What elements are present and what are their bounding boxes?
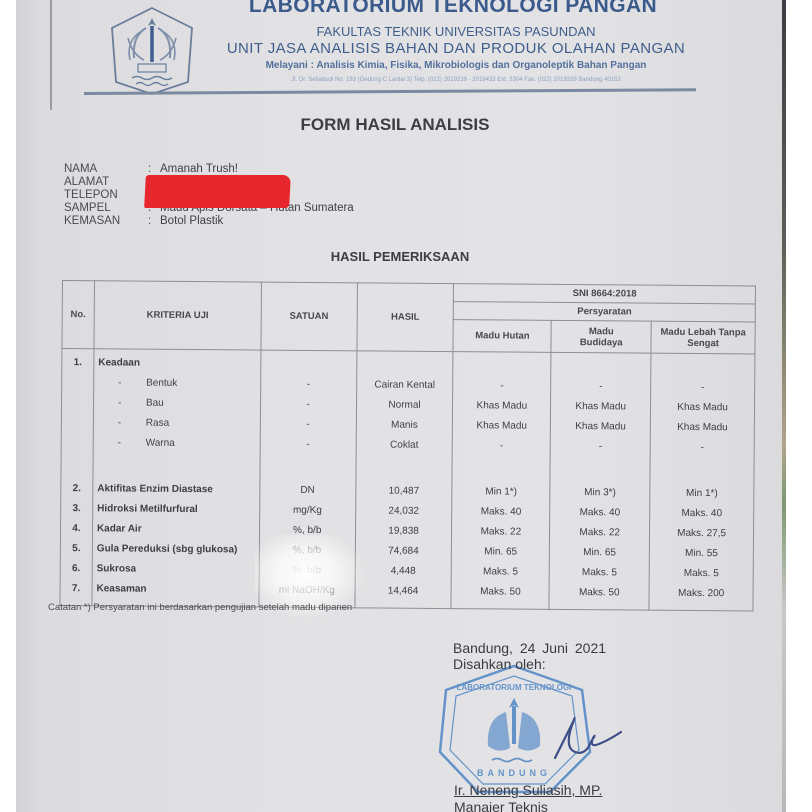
header-result: HASIL <box>357 283 454 352</box>
identity-value: Botol Plastik <box>160 215 223 228</box>
req-hutan-cell: Khas Madu <box>453 396 550 417</box>
svg-text:LABORATORIUM TEKNOLOGI: LABORATORIUM TEKNOLOGI <box>457 683 572 692</box>
req-budidaya-cell: Khas Madu <box>551 417 650 438</box>
req-tanpa-sengat-cell: Min 1*) <box>650 484 753 505</box>
req-hutan-cell: Maks. 5 <box>452 562 549 583</box>
result-cell: 4,448 <box>355 561 451 582</box>
req-budidaya-cell: Maks. 50 <box>550 583 649 604</box>
identity-label: TELEPON <box>64 189 144 202</box>
identity-label: ALAMAT <box>64 176 144 189</box>
req-budidaya-cell: Min 3*) <box>550 483 649 504</box>
row-number: 1. <box>62 353 93 373</box>
req-tanpa-sengat-cell: Khas Madu <box>651 398 754 419</box>
header-standard: SNI 8664:2018 <box>454 284 756 304</box>
criteria-name: Gula Pereduksi (sbg glukosa) <box>97 539 259 560</box>
req-tanpa-sengat-cell: Maks. 200 <box>650 584 753 605</box>
table-footnote: Catatan *) Persyaratan ini berdasarkan p… <box>48 602 352 613</box>
req-hutan-cell: Khas Madu <box>453 416 550 437</box>
group-label: Keadaan <box>98 353 260 374</box>
criteria-name: Bentuk <box>146 378 177 389</box>
unit-cell: - <box>261 375 356 396</box>
identity-label: SAMPEL <box>64 202 144 215</box>
criteria-name: Aktifitas Enzim Diastase <box>97 479 259 500</box>
req-budidaya-cell: Maks. 5 <box>550 563 649 584</box>
services-line: Melayani : Analisis Kimia, Fisika, Mikro… <box>206 60 706 71</box>
page-edge-line <box>50 0 52 110</box>
header-madu-budidaya: Madu Budidaya <box>551 320 651 353</box>
criteria-name: Bau <box>146 398 164 409</box>
signature-mark <box>545 700 625 770</box>
req-tanpa-sengat-cell: Maks. 40 <box>650 504 753 525</box>
lab-name: LABORATORIUM TEKNOLOGI PANGAN <box>213 0 693 18</box>
req-tanpa-sengat-cell: Maks. 5 <box>650 564 753 585</box>
table-row: -Bentuk <box>98 373 260 394</box>
identity-label: KEMASAN <box>64 215 144 228</box>
req-budidaya-cell: Maks. 22 <box>550 523 649 544</box>
table-group-keadaan: 1. Keadaan -Bentuk -Bau -Rasa -Warna - -… <box>61 349 755 479</box>
result-cell: 24,032 <box>356 501 452 522</box>
unit-cell: DN <box>260 481 355 502</box>
header-madu-hutan: Madu Hutan <box>453 320 551 353</box>
svg-text:BANDUNG: BANDUNG <box>477 768 551 778</box>
sign-place-date: Bandung, 24 Juni 2021 <box>453 640 606 656</box>
table-row: -Rasa <box>98 413 260 434</box>
req-budidaya-cell: Maks. 40 <box>550 503 649 524</box>
unit-cell: %, b/b <box>259 561 354 582</box>
header-criteria: KRITERIA UJI <box>94 281 261 350</box>
unit-cell: ml NaOH/Kg <box>259 581 354 602</box>
criteria-name: Keasaman <box>96 579 258 600</box>
table-row: -Warna <box>98 433 260 454</box>
identity-label: NAMA <box>64 163 144 176</box>
table-row: -Bau <box>98 393 260 414</box>
row-number: 2. <box>61 479 92 499</box>
criteria-name: Hidroksi Metilfurfural <box>97 499 259 520</box>
form-title: FORM HASIL ANALISIS <box>240 115 550 135</box>
req-budidaya-cell: - <box>551 437 650 458</box>
req-hutan-cell: Min 1*) <box>453 482 550 503</box>
results-table: No. KRITERIA UJI SATUAN HASIL SNI 8664:2… <box>62 280 756 606</box>
unit-cell: %, b/b <box>260 541 355 562</box>
unit-cell: mg/Kg <box>260 501 355 522</box>
result-cell: Cairan Kental <box>357 375 453 396</box>
row-number: 5. <box>61 539 92 559</box>
address-line: Jl. Dr. Setiabudi No. 193 (Gedung C Lant… <box>206 77 706 83</box>
criteria-name: Sukrosa <box>97 559 259 580</box>
approved-by-label: Disahkan oleh: <box>453 656 546 672</box>
result-cell: 74,684 <box>355 541 451 562</box>
table-group-parameters: 2. 3. 4. 5. 6. 7. Aktifitas Enzim Diasta… <box>60 473 754 611</box>
result-cell: Manis <box>356 415 452 436</box>
req-hutan-cell: - <box>454 376 551 397</box>
signatory-name: Ir. Neneng Suliasih, MP. <box>454 782 602 798</box>
redaction-mark <box>144 175 291 208</box>
row-number: 3. <box>61 499 92 519</box>
unit-cell: %, b/b <box>260 521 355 542</box>
row-number: 6. <box>61 559 92 579</box>
result-cell: Coklat <box>356 435 452 456</box>
req-hutan-cell: Maks. 40 <box>453 502 550 523</box>
header-requirements: Persyaratan <box>454 302 756 322</box>
unit-cell: - <box>260 435 355 456</box>
identity-colon: : <box>148 215 151 228</box>
result-cell: Normal <box>357 395 453 416</box>
req-budidaya-cell: Min. 65 <box>550 543 649 564</box>
req-hutan-cell: - <box>453 436 550 457</box>
req-tanpa-sengat-cell: Khas Madu <box>651 418 754 439</box>
req-tanpa-sengat-cell: - <box>651 438 754 459</box>
criteria-name: Kadar Air <box>97 519 259 540</box>
unit-cell: - <box>261 415 356 436</box>
header-unit: SATUAN <box>261 282 357 351</box>
unit-cell: - <box>261 395 356 416</box>
unit-name: UNIT JASA ANALISIS BAHAN DAN PRODUK OLAH… <box>206 40 706 57</box>
result-cell: 10,487 <box>356 481 452 502</box>
university-logo-icon <box>106 4 198 96</box>
req-hutan-cell: Maks. 50 <box>452 582 549 603</box>
criteria-name: Rasa <box>146 418 169 429</box>
req-budidaya-cell: - <box>551 377 650 398</box>
signatory-role: Manajer Teknis <box>454 799 548 812</box>
criteria-name: Warna <box>146 438 175 449</box>
result-cell: 19,838 <box>356 521 452 542</box>
row-number: 7. <box>60 579 91 599</box>
section-title: HASIL PEMERIKSAAN <box>300 249 500 264</box>
faculty-name: FAKULTAS TEKNIK UNIVERSITAS PASUNDAN <box>206 24 706 39</box>
req-hutan-cell: Min. 65 <box>452 542 549 563</box>
header-madu-tanpa-sengat: Madu Lebah Tanpa Sengat <box>651 321 755 354</box>
req-budidaya-cell: Khas Madu <box>551 397 650 418</box>
req-tanpa-sengat-cell: Min. 55 <box>650 544 753 565</box>
header-no: No. <box>62 281 94 349</box>
result-cell: 14,464 <box>355 581 451 602</box>
req-tanpa-sengat-cell: - <box>651 378 754 399</box>
req-tanpa-sengat-cell: Maks. 27,5 <box>650 524 753 545</box>
row-number: 4. <box>61 519 92 539</box>
req-hutan-cell: Maks. 22 <box>452 522 549 543</box>
